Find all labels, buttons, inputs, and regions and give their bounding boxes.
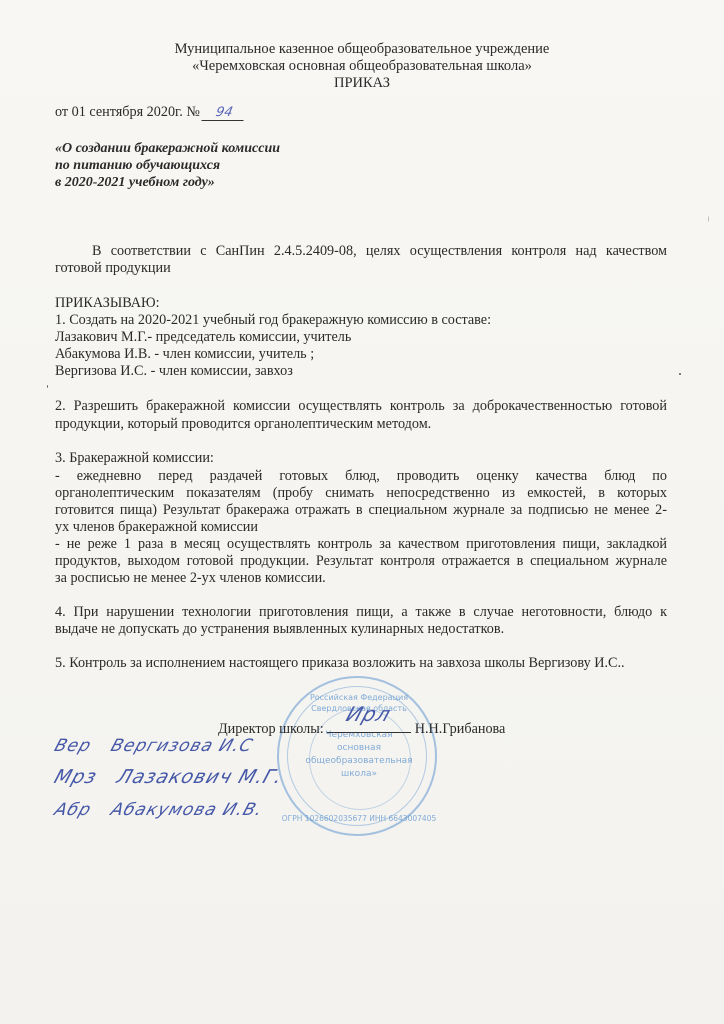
ack-sign-1: Вер <box>52 736 94 756</box>
ack-name-1: Вергизова И.С <box>108 736 256 756</box>
director-signature-line: Директор школы: Ирл Н.Н.Грибанова <box>218 718 505 738</box>
member-abakumova: Абакумова И.В. - член комиссии, учитель … <box>55 346 314 363</box>
document-page: Муниципальное казенное общеобразовательн… <box>0 0 724 1024</box>
item-3-line-6: продуктов, выходом готовой продукции. Ре… <box>55 553 667 570</box>
item-1-text: 1. Создать на 2020-2021 учебный год брак… <box>55 312 491 329</box>
item-3-line-4: ух членов бракеражной комиссии <box>55 519 258 536</box>
order-title-line-1: «О создании бракеражной комиссии <box>55 140 280 157</box>
preamble-line-2: готовой продукции <box>55 260 171 277</box>
item-3-line-3: готовится пища) Результат бракеража отра… <box>55 502 667 519</box>
member-vergizova: Вергизова И.С. - член комиссии, завхоз <box>55 363 293 380</box>
director-name: Н.Н.Грибанова <box>415 721 506 737</box>
stamp-bottom-text: ОГРН 1026602035677 ИНН 6643007405 <box>279 813 439 824</box>
item-3-line-2: органолептическим показателям (пробу сни… <box>55 485 667 502</box>
director-signature: Ирл <box>344 706 393 723</box>
item-3-line-7: за росписью не менее 2-ух членов комисси… <box>55 570 326 587</box>
item-3-heading: 3. Бракеражной комиссии: <box>55 450 214 467</box>
stamp-line-3: общеобразовательная <box>279 756 439 767</box>
stamp-line-4: школа» <box>279 769 439 780</box>
order-date-line: от 01 сентября 2020г. № 94 <box>55 104 245 121</box>
signature-underline: Ирл <box>327 718 411 733</box>
item-3-line-5: - не реже 1 раза в месяц осуществлять ко… <box>55 536 667 553</box>
ack-row-2: Мрз Лазакович М.Г. <box>51 766 285 788</box>
order-number: 94 <box>202 106 247 121</box>
ack-sign-2: Мрз <box>51 766 100 788</box>
member-chair: Лазакович М.Г.- председатель комиссии, у… <box>55 329 351 346</box>
order-word: ПРИКАЗЫВАЮ: <box>55 295 160 312</box>
scan-speck <box>47 385 48 388</box>
scan-speck <box>708 216 709 222</box>
ack-row-1: Вер Вергизова И.С <box>52 736 256 756</box>
official-stamp: Российская Федерация Свердловская област… <box>277 676 437 836</box>
stamp-line-2: основная <box>279 743 439 754</box>
institution-line-1: Муниципальное казенное общеобразовательн… <box>0 40 724 58</box>
ack-sign-3: Абр <box>52 800 94 820</box>
institution-line-2: «Черемховская основная общеобразовательн… <box>0 57 724 75</box>
preamble-line-1: В соответствии с СанПин 2.4.5.2409-08, ц… <box>92 243 667 260</box>
ack-name-3: Абакумова И.В. <box>108 800 266 820</box>
director-role: Директор школы: <box>218 721 324 737</box>
ack-name-2: Лазакович М.Г. <box>114 766 286 788</box>
item-4-line-1: 4. При нарушении технологии приготовлени… <box>55 604 667 621</box>
item-4-line-2: выдаче не допускать до устранения выявле… <box>55 621 504 638</box>
item-2-line-2: продукции, который проводится органолепт… <box>55 416 431 433</box>
doc-type-heading: ПРИКАЗ <box>0 74 724 92</box>
item-2-line-1: 2. Разрешить бракеражной комиссии осущес… <box>55 398 667 415</box>
scan-speck <box>679 373 681 375</box>
item-3-line-1: - ежедневно перед раздачей готовых блюд,… <box>55 468 667 485</box>
ack-row-3: Абр Абакумова И.В. <box>52 800 266 820</box>
order-date: от 01 сентября 2020г. № <box>55 104 200 120</box>
order-title-line-2: по питанию обучающихся <box>55 157 220 174</box>
item-5-text: 5. Контроль за исполнением настоящего пр… <box>55 655 625 672</box>
order-title-line-3: в 2020-2021 учебном году» <box>55 174 215 191</box>
